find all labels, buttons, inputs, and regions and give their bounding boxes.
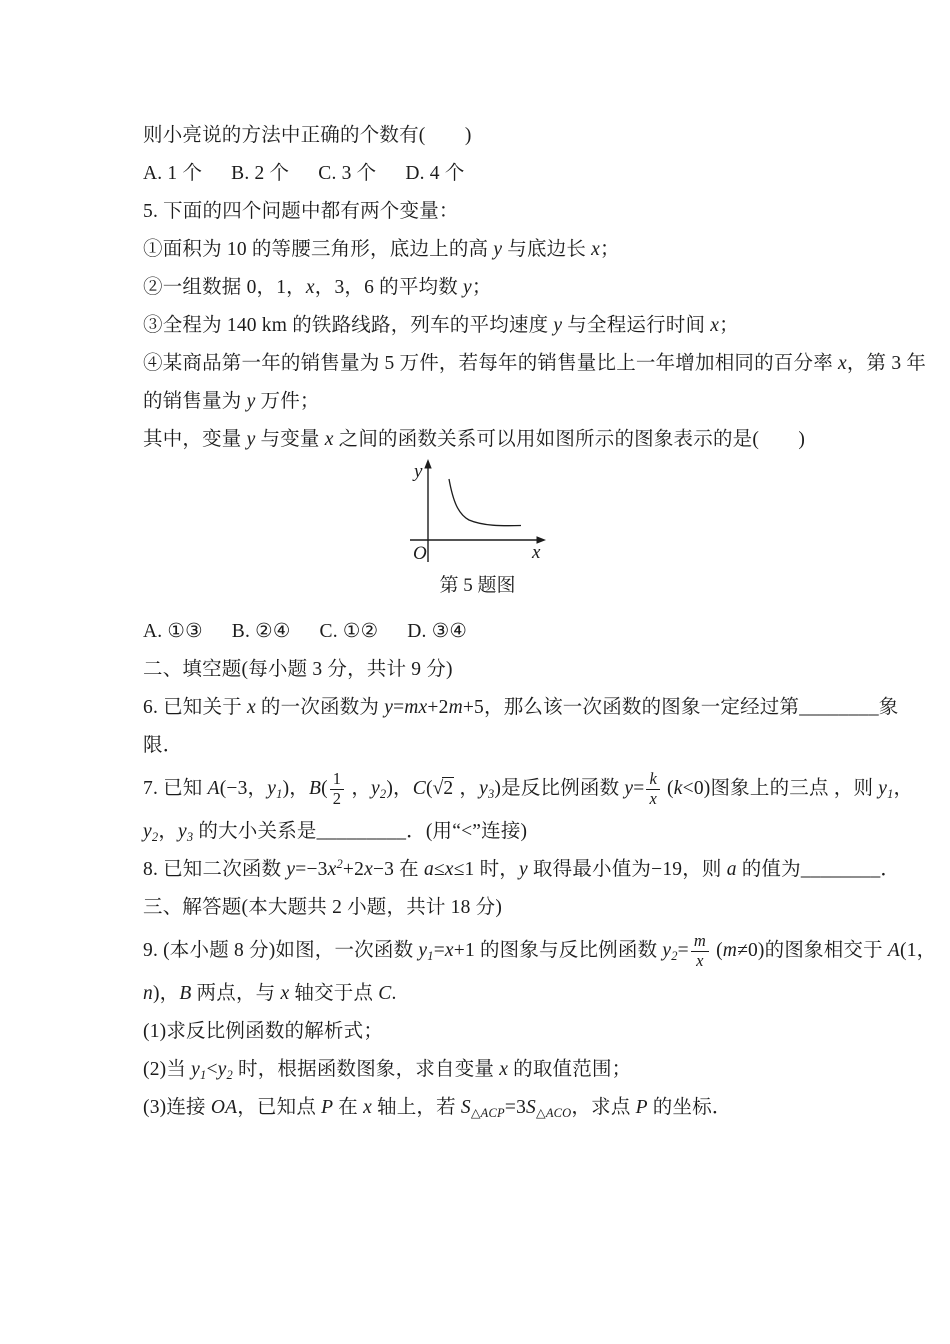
text-run: D. 4 个 (405, 163, 464, 184)
math-variable: P (321, 1097, 333, 1118)
text-run: )， (386, 778, 412, 799)
text-run: . (391, 983, 396, 1004)
text-run: B. 2 个 (231, 163, 289, 184)
text-run: ，已知点 (237, 1097, 321, 1118)
math-variable: A (208, 778, 220, 799)
math-variable: m (449, 697, 463, 718)
question5-item-1: ①面积为 10 的等腰三角形，底边上的高 y 与底边长 x； (143, 231, 895, 269)
text-run: 的一次函数为 (256, 697, 384, 718)
text-run: <0)图象上的三点 ，则 (683, 778, 879, 799)
text-run: 轴交于点 (289, 983, 378, 1004)
text-run: 时，根据函数图象，求自变量 (233, 1059, 499, 1080)
math-variable: x (363, 1097, 372, 1118)
text-run: ( (426, 778, 433, 799)
text-run: =3 (505, 1097, 526, 1118)
math-variable: P (636, 1097, 648, 1118)
text-run: A. ①③ (143, 621, 203, 642)
text-run: ，第 3 年 (847, 353, 926, 374)
text-run: C. ①② (320, 621, 379, 642)
text-run: (−3， (220, 778, 268, 799)
text-run: ，3，6 的平均数 (315, 277, 463, 298)
text-run: D. ③④ (407, 621, 467, 642)
text-run: (1， (900, 940, 936, 961)
math-variable: x (499, 1059, 508, 1080)
text-run: 7. 已知 (143, 778, 208, 799)
text-run: (3)连接 (143, 1097, 211, 1118)
text-run: =−3 (295, 859, 327, 880)
text-run: 5. 下面的四个问题中都有两个变量： (143, 201, 459, 222)
math-variable: y (286, 859, 295, 880)
math-variable: OA (211, 1097, 237, 1118)
question6-line2: 限． (143, 727, 895, 765)
text-run: 与底边长 (502, 239, 591, 260)
text-run: ，求点 (571, 1097, 635, 1118)
question9-part1: (1)求反比例函数的解析式； (143, 1013, 895, 1051)
question5-item-3: ③全程为 140 km 的铁路线路，列车的平均速度 y 与全程运行时间 x； (143, 307, 895, 345)
text-run: )是反比例函数 (494, 778, 624, 799)
x-axis-label: x (531, 542, 541, 563)
math-variable: y (384, 697, 393, 718)
text-run: ( (321, 778, 328, 799)
question9-part2: (2)当 y1<y2 时，根据函数图象，求自变量 x 的取值范围； (143, 1051, 895, 1089)
fraction: kx (646, 771, 660, 808)
text-run: = (678, 940, 689, 961)
text-run: ≠0)的图象相交于 (737, 940, 888, 961)
text-run: 8. 已知二次函数 (143, 859, 286, 880)
text-run: 两点，与 (191, 983, 280, 1004)
question5-options: A. ①③B. ②④C. ①②D. ③④ (143, 613, 895, 651)
math-variable: y (493, 239, 502, 260)
math-variable: B (309, 778, 321, 799)
math-variable: x (838, 353, 847, 374)
text-run: +2 (343, 859, 364, 880)
text-run: 的大小关系是_________．(用“<”连接) (193, 821, 527, 842)
math-variable: y (143, 821, 152, 842)
question9-part3: (3)连接 OA，已知点 P 在 x 轴上，若 S△ACP=3S△ACO，求点 … (143, 1089, 895, 1127)
text-run: )， (153, 983, 179, 1004)
math-variable: m (723, 940, 737, 961)
question9-line1: 9. (本小题 8 分)如图，一次函数 y1=x+1 的图象与反比例函数 y2=… (143, 927, 895, 975)
text-run: 的值为________． (737, 859, 900, 880)
text-run: ； (600, 239, 620, 260)
text-run: = (633, 778, 644, 799)
math-variable: x (710, 315, 719, 336)
math-variable: x (306, 277, 315, 298)
origin-label: O (413, 543, 427, 564)
math-variable: C (378, 983, 391, 1004)
y-axis-arrow-icon (424, 459, 431, 469)
math-variable: S (526, 1097, 536, 1118)
question7-line2: y2，y3 的大小关系是_________．(用“<”连接) (143, 813, 895, 851)
hyperbola-graph: y O x (405, 459, 550, 571)
math-variable: B (179, 983, 191, 1004)
math-variable: C (413, 778, 426, 799)
text-run: 二、填空题(每小题 3 分，共计 9 分) (143, 659, 453, 680)
question5-figure: y O x (405, 459, 895, 571)
math-variable: x (445, 940, 454, 961)
math-variable: mx (404, 697, 427, 718)
question5-item-4-continuation: 的销售量为 y 万件； (143, 383, 895, 421)
text-run: 其中，变量 (143, 429, 247, 450)
text-run: 则小亮说的方法中正确的个数有( ) (143, 125, 472, 146)
text-run: 的取值范围； (508, 1059, 631, 1080)
section2-heading: 二、填空题(每小题 3 分，共计 9 分) (143, 651, 895, 689)
text-run: 9. (本小题 8 分)如图，一次函数 (143, 940, 418, 961)
text-run: < (206, 1059, 217, 1080)
subscript: △ACO (536, 1106, 571, 1120)
question5-item-2: ②一组数据 0，1，x，3，6 的平均数 y； (143, 269, 895, 307)
math-variable: y (519, 859, 528, 880)
text-run: 万件； (255, 391, 319, 412)
radical: √2 (433, 777, 455, 799)
document-body-part1: 则小亮说的方法中正确的个数有( )A. 1 个B. 2 个C. 3 个D. 4 … (143, 117, 895, 459)
question7-line1: 7. 已知 A(−3，y1)，B(12 ，y2)，C(√2 ，y3)是反比例函数… (143, 765, 895, 813)
question4-stem-continuation: 则小亮说的方法中正确的个数有( ) (143, 117, 895, 155)
text-run: A. 1 个 (143, 163, 202, 184)
text-run: )， (283, 778, 309, 799)
question4-options: A. 1 个B. 2 个C. 3 个D. 4 个 (143, 155, 895, 193)
text-run: C. 3 个 (318, 163, 376, 184)
text-run: ； (719, 315, 739, 336)
math-variable: y (178, 821, 187, 842)
text-run: 取得最小值为−19，则 (528, 859, 727, 880)
figure-caption: 第 5 题图 (405, 571, 550, 601)
math-variable: y (479, 778, 488, 799)
math-variable: x (591, 239, 600, 260)
text-run: ( (711, 940, 723, 961)
math-variable: a (727, 859, 737, 880)
math-variable: x (247, 697, 256, 718)
math-variable: y (218, 1059, 227, 1080)
question5-stem-continuation: 其中，变量 y 与变量 x 之间的函数关系可以用如图所示的图象表示的是( ) (143, 421, 895, 459)
text-run: +1 的图象与反比例函数 (454, 940, 663, 961)
question5-item-4: ④某商品第一年的销售量为 5 万件，若每年的销售量比上一年增加相同的百分率 x，… (143, 345, 895, 383)
text-run: = (434, 940, 445, 961)
document-body-part2: A. ①③B. ②④C. ①②D. ③④二、填空题(每小题 3 分，共计 9 分… (143, 601, 895, 1127)
text-run: ③全程为 140 km 的铁路线路，列车的平均速度 (143, 315, 553, 336)
text-run: 轴上，若 (372, 1097, 461, 1118)
math-variable: y (191, 1059, 200, 1080)
text-run: (2)当 (143, 1059, 191, 1080)
text-run: ①面积为 10 的等腰三角形，底边上的高 (143, 239, 493, 260)
math-variable: y (662, 940, 671, 961)
text-run: ， (894, 778, 914, 799)
question9-line2: n)，B 两点，与 x 轴交于点 C. (143, 975, 895, 1013)
text-run: 限． (143, 735, 182, 756)
text-run: 的坐标． (648, 1097, 732, 1118)
math-variable: A (888, 940, 900, 961)
text-run: ≤ (434, 859, 445, 880)
text-run: ( (662, 778, 674, 799)
text-run: 与变量 (255, 429, 324, 450)
text-run: 6. 已知关于 (143, 697, 247, 718)
text-run: B. ②④ (232, 621, 291, 642)
text-run: 在 (333, 1097, 363, 1118)
math-variable: n (143, 983, 153, 1004)
text-run: 之间的函数关系可以用如图所示的图象表示的是( ) (334, 429, 806, 450)
math-variable: y (418, 940, 427, 961)
question8: 8. 已知二次函数 y=−3x2+2x−3 在 a≤x≤1 时，y 取得最小值为… (143, 851, 895, 889)
text-run: = (393, 697, 404, 718)
math-variable: k (674, 778, 683, 799)
text-run: +5，那么该一次函数的图象一定经过第________象 (463, 697, 899, 718)
text-run: ， (158, 821, 178, 842)
subscript: △ACP (471, 1106, 505, 1120)
fraction: 12 (330, 771, 344, 808)
text-run: ； (472, 277, 492, 298)
math-variable: x (445, 859, 454, 880)
text-run: (1)求反比例函数的解析式； (143, 1021, 383, 1042)
math-variable: x (325, 429, 334, 450)
text-run: ≤1 时， (454, 859, 519, 880)
math-variable: a (424, 859, 434, 880)
hyperbola-curve (449, 479, 521, 526)
text-run: ， (346, 778, 371, 799)
section3-heading: 三、解答题(本大题共 2 小题，共计 18 分) (143, 889, 895, 927)
text-run: ④某商品第一年的销售量为 5 万件，若每年的销售量比上一年增加相同的百分率 (143, 353, 838, 374)
text-run: 的销售量为 (143, 391, 247, 412)
fraction: mx (691, 933, 709, 970)
text-run: 与全程运行时间 (562, 315, 710, 336)
text-run: +2 (427, 697, 448, 718)
math-variable: x (280, 983, 289, 1004)
text-run: ②一组数据 0，1， (143, 277, 306, 298)
text-run: −3 在 (373, 859, 424, 880)
math-variable: x (364, 859, 373, 880)
math-variable: y (553, 315, 562, 336)
math-variable: y (878, 778, 887, 799)
question6-line1: 6. 已知关于 x 的一次函数为 y=mx+2m+5，那么该一次函数的图象一定经… (143, 689, 895, 727)
math-variable: y (267, 778, 276, 799)
math-variable: y (463, 277, 472, 298)
text-run: 三、解答题(本大题共 2 小题，共计 18 分) (143, 897, 502, 918)
text-run: ， (454, 778, 479, 799)
math-variable: y (371, 778, 380, 799)
math-variable: y (624, 778, 633, 799)
worksheet-page: 则小亮说的方法中正确的个数有( )A. 1 个B. 2 个C. 3 个D. 4 … (0, 0, 950, 1127)
question5-stem: 5. 下面的四个问题中都有两个变量： (143, 193, 895, 231)
y-axis-label: y (412, 461, 423, 482)
math-variable: S (461, 1097, 471, 1118)
